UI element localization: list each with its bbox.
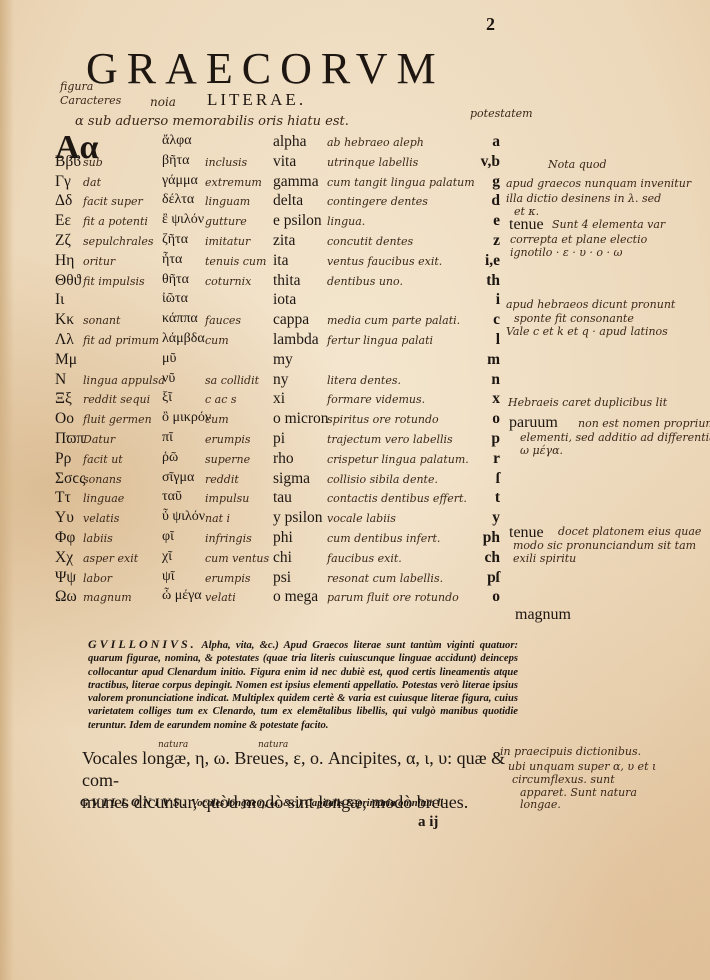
handwritten-gloss-2: extremum bbox=[205, 176, 262, 189]
handwritten-gloss-1: asper exit bbox=[83, 552, 138, 565]
handwritten-gloss-1: dat bbox=[83, 176, 101, 189]
capital-letters: Zζ bbox=[55, 232, 71, 250]
handwritten-gloss-1: facit super bbox=[83, 195, 143, 208]
potestas-value: i bbox=[496, 291, 500, 309]
handwritten-gloss-2: tenuis cum bbox=[205, 255, 266, 268]
greek-name: πῖ bbox=[162, 430, 173, 446]
handwritten-gloss-1: sub bbox=[83, 156, 103, 169]
handwritten-gloss-3: parum fluit ore rotundo bbox=[327, 591, 459, 604]
greek-alphabet-table: Aαἄλφαalphaab hebraeo alephaBβϐsubβῆταin… bbox=[55, 133, 500, 608]
handwritten-gloss-2: fauces bbox=[205, 314, 241, 327]
table-row: Σσϲςsonansσῖγμαredditsigmacollisio sibil… bbox=[55, 470, 500, 490]
handwritten-gloss-2: inclusis bbox=[205, 156, 247, 169]
handwritten-gloss-1: velatis bbox=[83, 512, 119, 525]
capital-letters: Δδ bbox=[55, 192, 72, 210]
annotation-noia: noia bbox=[150, 95, 176, 109]
commentary-lemma: Alpha, vita, &c.) bbox=[202, 640, 279, 651]
potestas-value: d bbox=[491, 192, 500, 210]
potestas-value: z bbox=[493, 232, 500, 250]
handwritten-gloss-3: spiritus ore rotundo bbox=[327, 413, 439, 426]
handwritten-gloss-1: lingua appulsa bbox=[83, 374, 165, 387]
latin-name: phi bbox=[273, 529, 293, 547]
handwritten-gloss-1: reddit sequi bbox=[83, 393, 150, 406]
annotation-figura: figura bbox=[60, 80, 93, 93]
capital-letters: Γγ bbox=[55, 173, 71, 191]
greek-name: ἦτα bbox=[162, 252, 182, 268]
note-hebraeos-2: sponte fit consonante bbox=[514, 312, 634, 325]
handwritten-gloss-2: imitatur bbox=[205, 235, 250, 248]
handwritten-gloss-3: contactis dentibus effert. bbox=[327, 492, 467, 505]
capital-letters: Yυ bbox=[55, 509, 74, 527]
potestas-value: t bbox=[495, 489, 500, 507]
greek-name: χῖ bbox=[162, 549, 172, 565]
latin-name: o mega bbox=[273, 588, 318, 606]
latin-name: delta bbox=[273, 192, 303, 210]
greek-name: βῆτα bbox=[162, 153, 189, 169]
handwritten-gloss-2: reddit bbox=[205, 473, 239, 486]
handwritten-gloss-1: linguae bbox=[83, 492, 124, 505]
table-row: Iιἰῶταiotai bbox=[55, 291, 500, 311]
handwritten-gloss-2: cum ventus bbox=[205, 552, 269, 565]
greek-name: ταῦ bbox=[162, 489, 182, 505]
note-tenue-y-1: docet platonem eius quae bbox=[558, 525, 701, 538]
footer-note-3: circumflexus. sunt bbox=[512, 773, 615, 786]
potestas-value: g bbox=[492, 173, 500, 191]
greek-name: φῖ bbox=[162, 529, 174, 545]
potestas-value: ſ bbox=[496, 470, 500, 488]
table-row: Oοfluit germenὂ μικρόνcumo micronspiritu… bbox=[55, 410, 500, 430]
footer-note-2: ubi unquam super α, υ et ι bbox=[508, 760, 656, 773]
potestas-value: r bbox=[493, 450, 500, 468]
capital-letters: Pρ bbox=[55, 450, 71, 468]
capital-letters: Tτ bbox=[55, 489, 71, 507]
handwritten-gloss-2: c ac s bbox=[205, 393, 237, 406]
potestas-value: o bbox=[492, 588, 500, 606]
handwritten-gloss-3: formare videmus. bbox=[327, 393, 425, 406]
capital-letters: Ξξ bbox=[55, 390, 72, 408]
handwritten-gloss-3: ventus faucibus exit. bbox=[327, 255, 442, 268]
greek-name: σῖγμα bbox=[162, 470, 194, 486]
potestas-value: o bbox=[492, 410, 500, 428]
table-row: Δδfacit superδέλταlinguamdeltacontingere… bbox=[55, 192, 500, 212]
table-row: Nlingua appulsaνῦsa colliditnylitera den… bbox=[55, 371, 500, 391]
table-row: Ωωmagnumὦ μέγαvelatio megaparum fluit or… bbox=[55, 588, 500, 608]
potestas-value: m bbox=[487, 351, 500, 369]
handwritten-gloss-2: impulsu bbox=[205, 492, 249, 505]
handwritten-gloss-3: contingere dentes bbox=[327, 195, 428, 208]
table-row: Eεfit a potentiἒ ψιλόνgutturee psilonlin… bbox=[55, 212, 500, 232]
capital-letters: Ωω bbox=[55, 588, 77, 606]
greek-name: ὂ μικρόν bbox=[162, 410, 211, 426]
potestas-value: n bbox=[491, 371, 500, 389]
latin-name: xi bbox=[273, 390, 285, 408]
capital-letters: Iι bbox=[55, 291, 64, 309]
note-tenue-y-2: modo sic pronunciandum sit tam bbox=[513, 539, 696, 552]
handwritten-gloss-2: erumpis bbox=[205, 433, 251, 446]
capital-letters: Kκ bbox=[55, 311, 74, 329]
latin-name: zita bbox=[273, 232, 295, 250]
table-row: Θθϑfit impulsisθῆταcoturnixthitadentibus… bbox=[55, 272, 500, 292]
note-paruum-3: ω μέγα. bbox=[520, 444, 563, 457]
note-paruum-1: non est nomen proprium bbox=[578, 417, 710, 430]
capital-letters: Oο bbox=[55, 410, 74, 428]
handwritten-gloss-3: faucibus exit. bbox=[327, 552, 402, 565]
capital-letters: Λλ bbox=[55, 331, 74, 349]
note-apud-graecos-2: illa dictio desinens in λ. sed bbox=[506, 192, 661, 205]
latin-name: cappa bbox=[273, 311, 309, 329]
potestas-value: c bbox=[493, 311, 500, 329]
latin-name: lambda bbox=[273, 331, 319, 349]
handwritten-gloss-1: sonant bbox=[83, 314, 120, 327]
table-row: Φφlabiisφῖinfringisphicum dentibus infer… bbox=[55, 529, 500, 549]
capital-letters: Σσϲς bbox=[55, 470, 85, 488]
table-row: Mμμῦmym bbox=[55, 351, 500, 371]
handwritten-gloss-3: resonat cum labellis. bbox=[327, 572, 443, 585]
page-subtitle: LITERAE. bbox=[207, 90, 306, 110]
handwritten-gloss-3: litera dentes. bbox=[327, 374, 401, 387]
handwritten-gloss-2: sa collidit bbox=[205, 374, 259, 387]
handwritten-gloss-2: superne bbox=[205, 453, 250, 466]
handwritten-gloss-2: erumpis bbox=[205, 572, 251, 585]
handwritten-gloss-1: sepulchrales bbox=[83, 235, 154, 248]
greek-name: κάππα bbox=[162, 311, 198, 327]
handwritten-gloss-2: gutture bbox=[205, 215, 247, 228]
handwritten-gloss-1: labiis bbox=[83, 532, 113, 545]
table-row: Aαἄλφαalphaab hebraeo alepha bbox=[55, 133, 500, 153]
latin-name: vita bbox=[273, 153, 296, 171]
handwritten-gloss-3: lingua. bbox=[327, 215, 365, 228]
note-nota-quod: Nota quod bbox=[548, 158, 607, 171]
potestas-value: l bbox=[496, 331, 500, 349]
potestas-value: a bbox=[492, 133, 500, 151]
commentary2-text: Vocales longae η, ω, &c.) Capitalis & pr… bbox=[191, 798, 446, 809]
greek-name: ξῖ bbox=[162, 390, 172, 406]
table-row: Ξξreddit sequiξῖc ac sxiformare videmus.… bbox=[55, 390, 500, 410]
greek-name: ζῆτα bbox=[162, 232, 188, 248]
commentary-author: GVILLONIVS. bbox=[88, 637, 197, 651]
latin-name: o micron bbox=[273, 410, 329, 428]
handwritten-gloss-1: facit ut bbox=[83, 453, 123, 466]
latin-name: tau bbox=[273, 489, 292, 507]
capital-letters: Bβϐ bbox=[55, 153, 81, 171]
note-hebraeos-1: apud hebraeos dicunt pronunt bbox=[506, 298, 675, 311]
greek-name: ῥῶ bbox=[162, 450, 178, 466]
handwritten-gloss-3: trajectum vero labellis bbox=[327, 433, 453, 446]
table-row: ΠϖπDaturπῖerumpispitrajectum vero labell… bbox=[55, 430, 500, 450]
handwritten-gloss-3: media cum parte palati. bbox=[327, 314, 460, 327]
potestas-value: i,e bbox=[485, 252, 500, 270]
handwritten-gloss-3: collisio sibila dente. bbox=[327, 473, 438, 486]
latin-name: ny bbox=[273, 371, 289, 389]
latin-name: psi bbox=[273, 569, 291, 587]
table-row: Hηoriturἦταtenuis cumitaventus faucibus … bbox=[55, 252, 500, 272]
handwritten-gloss-1: sonans bbox=[83, 473, 122, 486]
greek-name: δέλτα bbox=[162, 192, 194, 208]
greek-name: νῦ bbox=[162, 371, 175, 387]
greek-name: ψῖ bbox=[162, 569, 175, 585]
potestas-value: th bbox=[486, 272, 500, 290]
latin-name: sigma bbox=[273, 470, 310, 488]
latin-name: y psilon bbox=[273, 509, 323, 527]
table-row: Tτlinguaeταῦimpulsutaucontactis dentibus… bbox=[55, 489, 500, 509]
latin-name: iota bbox=[273, 291, 296, 309]
capital-letters: Θθϑ bbox=[55, 272, 81, 290]
capital-letters: Hη bbox=[55, 252, 74, 270]
table-row: Γγdatγάμμαextremumgammacum tangit lingua… bbox=[55, 173, 500, 193]
handwritten-gloss-1: fit a potenti bbox=[83, 215, 148, 228]
handwritten-gloss-3: dentibus uno. bbox=[327, 275, 403, 288]
table-row: Λλfit ad primumλάμβδαcumlambdafertur lin… bbox=[55, 331, 500, 351]
handwritten-gloss-3: utrinque labellis bbox=[327, 156, 418, 169]
note-sunt-elementa-1: Sunt 4 elementa var bbox=[552, 218, 665, 231]
commentary2-author: GVILLONIVS. bbox=[80, 795, 189, 809]
page-title: GRAECORVM bbox=[86, 43, 445, 94]
annotation-caracteres: Caracteres bbox=[60, 94, 121, 107]
note-hebraeis-1: Hebraeis caret duplicibus lit bbox=[508, 396, 667, 409]
latin-name: my bbox=[273, 351, 293, 369]
greek-name: λάμβδα bbox=[162, 331, 205, 347]
capital-letters: Ψψ bbox=[55, 569, 76, 587]
table-row: Bβϐsubβῆταinclusisvitautrinque labellisv… bbox=[55, 153, 500, 173]
handwritten-gloss-1: Datur bbox=[83, 433, 115, 446]
folio-number: 2 bbox=[486, 14, 495, 35]
capital-letters: Mμ bbox=[55, 351, 77, 369]
handwritten-gloss-2: cum bbox=[205, 334, 229, 347]
potestas-value: e bbox=[493, 212, 500, 230]
note-tenue-y-3: exili spiritu bbox=[513, 552, 576, 565]
annotation-potestatem: potestatem bbox=[470, 107, 533, 120]
table-row: Kκsonantκάππαfaucescappamedia cum parte … bbox=[55, 311, 500, 331]
handwritten-gloss-3: crispetur lingua palatum. bbox=[327, 453, 469, 466]
latin-name: rho bbox=[273, 450, 294, 468]
note-hebraeos-3: Vale c et k et q · apud latinos bbox=[506, 325, 668, 338]
greek-name: ὖ ψιλόν bbox=[162, 509, 205, 525]
annotation-alpha-note: α sub aduerso memorabilis oris hiatu est… bbox=[75, 114, 349, 129]
label-magnum: magnum bbox=[515, 606, 571, 624]
note-sunt-elementa-2: correpta et plane electio bbox=[510, 233, 647, 246]
potestas-value: ch bbox=[485, 549, 501, 567]
capital-letters: Xχ bbox=[55, 549, 73, 567]
note-sunt-elementa-3: ignotilo · ε · υ · ο · ω bbox=[510, 246, 623, 259]
commentary-guillonius: GVILLONIVS. Alpha, vita, &c.) Apud Graec… bbox=[88, 638, 518, 732]
potestas-value: p bbox=[491, 430, 500, 448]
vocales-line-1: Vocales longæ, η, ω. Breues, ε, ο. Ancip… bbox=[82, 747, 522, 791]
page-binding-edge bbox=[0, 0, 14, 980]
latin-name: pi bbox=[273, 430, 285, 448]
note-apud-graecos-1: apud graecos nunquam invenitur bbox=[506, 177, 691, 190]
greek-name: μῦ bbox=[162, 351, 176, 367]
handwritten-gloss-2: linguam bbox=[205, 195, 250, 208]
greek-name: θῆτα bbox=[162, 272, 189, 288]
commentary-guillonius-2: GVILLONIVS. Vocales longae η, ω, &c.) Ca… bbox=[80, 795, 447, 810]
note-paruum-2: elementi, sed additio ad differentiam bbox=[520, 431, 710, 444]
capital-letters: N bbox=[55, 371, 66, 389]
footer-note-1: in praecipuis dictionibus. bbox=[500, 745, 641, 758]
latin-name: ita bbox=[273, 252, 289, 270]
greek-name: ἄλφα bbox=[162, 133, 192, 149]
potestas-value: ph bbox=[483, 529, 500, 547]
handwritten-gloss-1: magnum bbox=[83, 591, 132, 604]
latin-name: gamma bbox=[273, 173, 319, 191]
potestas-value: pſ bbox=[487, 569, 500, 587]
handwritten-gloss-1: oritur bbox=[83, 255, 115, 268]
handwritten-gloss-1: fluit germen bbox=[83, 413, 152, 426]
handwritten-gloss-3: concutit dentes bbox=[327, 235, 413, 248]
handwritten-gloss-2: nat i bbox=[205, 512, 230, 525]
signature-mark: a ij bbox=[418, 814, 438, 831]
label-paruum: paruum bbox=[509, 414, 558, 432]
handwritten-gloss-3: cum dentibus infert. bbox=[327, 532, 440, 545]
table-row: Pρfacit utῥῶsupernerhocrispetur lingua p… bbox=[55, 450, 500, 470]
handwritten-gloss-2: cum bbox=[205, 413, 229, 426]
capital-letters: Eε bbox=[55, 212, 71, 230]
table-row: Zζsepulchralesζῆταimitaturzitaconcutit d… bbox=[55, 232, 500, 252]
footer-note-5: longae. bbox=[520, 798, 561, 811]
table-row: Xχasper exitχῖcum ventuschifaucibus exit… bbox=[55, 549, 500, 569]
handwritten-gloss-2: coturnix bbox=[205, 275, 251, 288]
capital-letters: Πϖπ bbox=[55, 430, 84, 448]
potestas-value: y bbox=[492, 509, 500, 527]
commentary-text: Apud Graecos literae sunt tantùm viginti… bbox=[88, 640, 518, 731]
latin-name: chi bbox=[273, 549, 292, 567]
greek-name: γάμμα bbox=[162, 173, 198, 189]
handwritten-gloss-3: fertur lingua palati bbox=[327, 334, 433, 347]
handwritten-gloss-3: vocale labiis bbox=[327, 512, 396, 525]
table-row: Yυvelatisὖ ψιλόνnat iy psilonvocale labi… bbox=[55, 509, 500, 529]
capital-letters: Φφ bbox=[55, 529, 75, 547]
note-apud-graecos-3: et κ. bbox=[514, 205, 539, 218]
handwritten-gloss-1: fit impulsis bbox=[83, 275, 145, 288]
greek-name: ἰῶτα bbox=[162, 291, 188, 307]
latin-name: e psilon bbox=[273, 212, 322, 230]
greek-name: ἒ ψιλόν bbox=[162, 212, 204, 228]
latin-name: alpha bbox=[273, 133, 307, 151]
greek-name: ὦ μέγα bbox=[162, 588, 202, 604]
handwritten-gloss-2: velati bbox=[205, 591, 236, 604]
handwritten-gloss-3: cum tangit lingua palatum bbox=[327, 176, 475, 189]
potestas-value: x bbox=[492, 390, 500, 408]
latin-name: thita bbox=[273, 272, 301, 290]
table-row: Ψψlaborψῖerumpispsiresonat cum labellis.… bbox=[55, 569, 500, 589]
handwritten-gloss-2: infringis bbox=[205, 532, 252, 545]
handwritten-gloss-3: ab hebraeo aleph bbox=[327, 136, 424, 149]
handwritten-gloss-1: labor bbox=[83, 572, 112, 585]
label-tenue-e: tenue bbox=[509, 216, 544, 234]
handwritten-gloss-1: fit ad primum bbox=[83, 334, 159, 347]
potestas-value: v,b bbox=[481, 153, 500, 171]
